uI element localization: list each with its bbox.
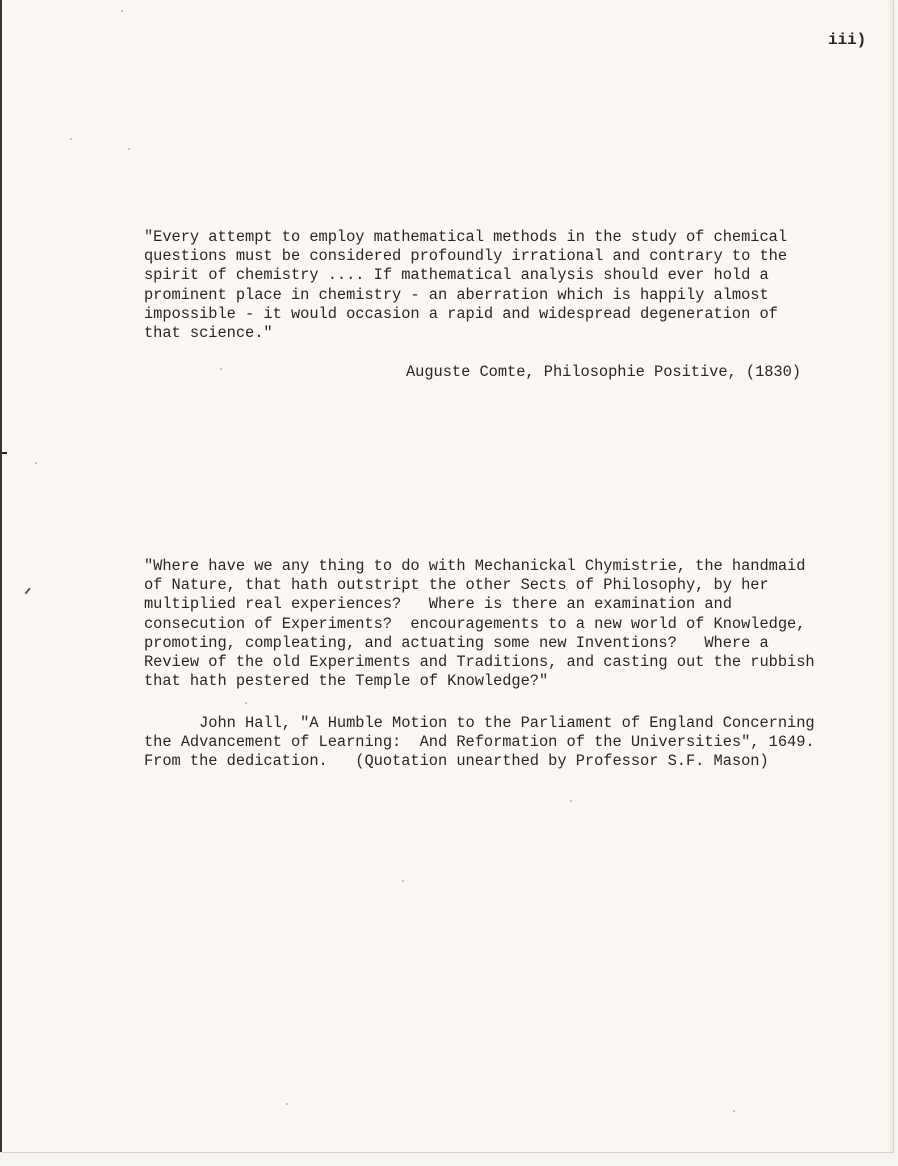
hall-attribution: John Hall, "A Humble Motion to the Parli… xyxy=(144,714,815,772)
document-page: iii) "Every attempt to employ mathematic… xyxy=(0,0,893,1152)
paper-speck xyxy=(70,138,72,140)
paper-speck xyxy=(35,462,37,464)
stray-pencil-mark xyxy=(25,588,31,594)
paper-speck xyxy=(286,1103,288,1105)
margin-mark xyxy=(2,452,7,454)
comte-quote: "Every attempt to employ mathematical me… xyxy=(144,228,787,343)
comte-attribution: Auguste Comte, Philosophie Positive, (18… xyxy=(406,363,801,382)
page-number: iii) xyxy=(828,31,866,50)
paper-speck xyxy=(220,368,222,370)
paper-speck xyxy=(245,702,247,704)
paper-speck xyxy=(121,10,123,12)
hall-quote: "Where have we any thing to do with Mech… xyxy=(144,557,815,691)
paper-speck xyxy=(128,148,130,150)
paper-speck xyxy=(733,1110,735,1112)
paper-speck xyxy=(402,880,404,882)
paper-speck xyxy=(570,800,572,802)
